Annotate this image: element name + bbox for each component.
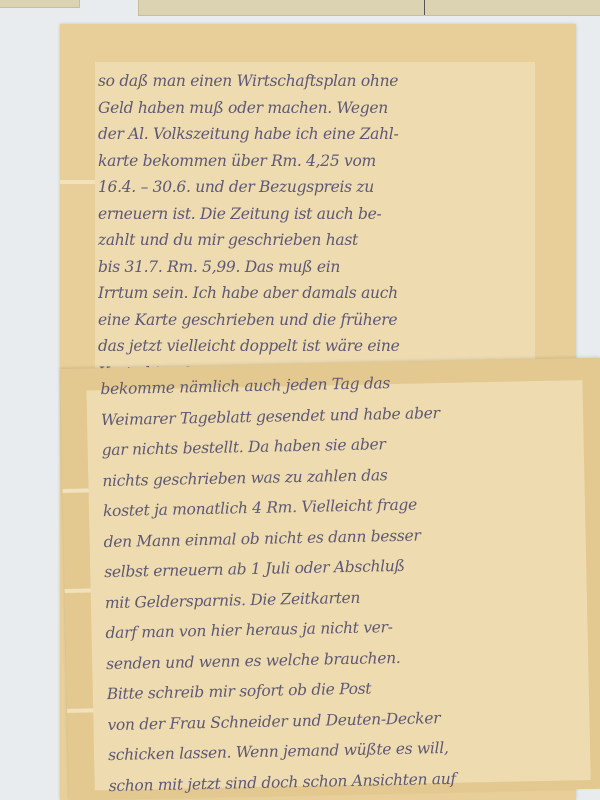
text-line: das jetzt vielleicht doppelt ist wäre ei…	[98, 333, 540, 360]
text-line: karte bekommen über Rm. 4,25 vom	[98, 148, 540, 175]
text-line: bis 31.7. Rm. 5,99. Das muß ein	[98, 254, 540, 281]
text-line: Geld haben muß oder machen. Wegen	[98, 95, 540, 122]
text-line: Irrtum sein. Ich habe aber damals auch	[98, 280, 540, 307]
letter-lower-fold: bekomme nämlich auch jeden Tag das Weima…	[60, 358, 600, 800]
letter-text-bottom: bekomme nämlich auch jeden Tag das Weima…	[100, 364, 600, 800]
paper-stripe	[60, 180, 95, 184]
background-card-top	[138, 0, 600, 16]
text-line: zahlt und du mir geschrieben hast	[98, 227, 540, 254]
text-line: erneuern ist. Die Zeitung ist auch be-	[98, 201, 540, 228]
letter-sheet: so daß man einen Wirtschaftsplan ohne Ge…	[60, 24, 576, 800]
text-line: eine Karte geschrieben und die frühere	[98, 307, 540, 334]
background-card-left	[0, 0, 80, 8]
text-line: der Al. Volkszeitung habe ich eine Zahl-	[98, 121, 540, 148]
text-line: so daß man einen Wirtschaftsplan ohne	[98, 68, 540, 95]
text-line: 16.4. – 30.6. und der Bezugspreis zu	[98, 174, 540, 201]
